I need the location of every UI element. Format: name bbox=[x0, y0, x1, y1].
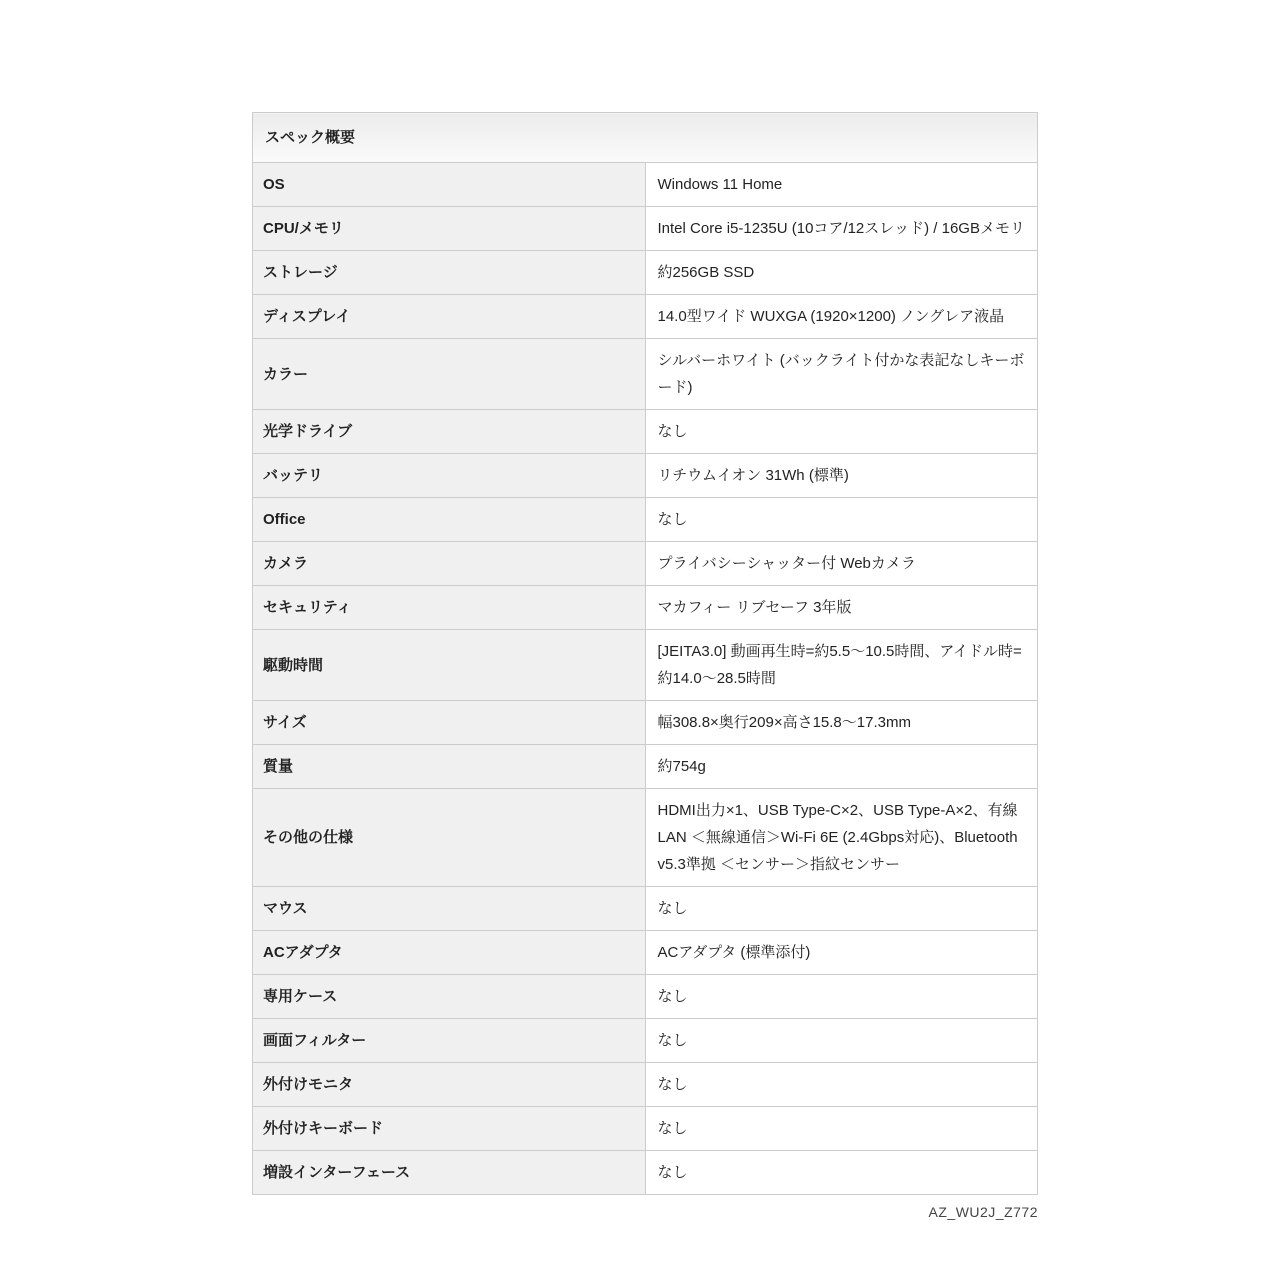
page: スペック概要 OS Windows 11 Home CPU/メモリ Intel … bbox=[0, 0, 1280, 1280]
spec-row: 専用ケース なし bbox=[253, 975, 1038, 1019]
spec-value: なし bbox=[645, 1063, 1038, 1107]
spec-label: 外付けキーボード bbox=[253, 1107, 646, 1151]
spec-row: バッテリ リチウムイオン 31Wh (標準) bbox=[253, 454, 1038, 498]
spec-value: ACアダプタ (標準添付) bbox=[645, 931, 1038, 975]
spec-value: なし bbox=[645, 410, 1038, 454]
spec-row: セキュリティ マカフィー リブセーフ 3年版 bbox=[253, 586, 1038, 630]
spec-value: なし bbox=[645, 975, 1038, 1019]
spec-label: バッテリ bbox=[253, 454, 646, 498]
spec-table: スペック概要 OS Windows 11 Home CPU/メモリ Intel … bbox=[252, 112, 1038, 1195]
spec-label: その他の仕様 bbox=[253, 789, 646, 887]
spec-value: シルバーホワイト (バックライト付かな表記なしキーボード) bbox=[645, 339, 1038, 410]
spec-label: カラー bbox=[253, 339, 646, 410]
spec-row: ACアダプタ ACアダプタ (標準添付) bbox=[253, 931, 1038, 975]
model-code: AZ_WU2J_Z772 bbox=[252, 1204, 1038, 1220]
spec-label: ディスプレイ bbox=[253, 295, 646, 339]
table-caption: スペック概要 bbox=[253, 113, 1038, 163]
spec-row: Office なし bbox=[253, 498, 1038, 542]
spec-label: ストレージ bbox=[253, 251, 646, 295]
spec-label: OS bbox=[253, 163, 646, 207]
spec-row: 駆動時間 [JEITA3.0] 動画再生時=約5.5～10.5時間、アイドル時=… bbox=[253, 630, 1038, 701]
spec-label: 駆動時間 bbox=[253, 630, 646, 701]
spec-label: Office bbox=[253, 498, 646, 542]
spec-value: なし bbox=[645, 498, 1038, 542]
spec-label: CPU/メモリ bbox=[253, 207, 646, 251]
spec-value: マカフィー リブセーフ 3年版 bbox=[645, 586, 1038, 630]
spec-table-container: スペック概要 OS Windows 11 Home CPU/メモリ Intel … bbox=[252, 112, 1038, 1220]
spec-label: カメラ bbox=[253, 542, 646, 586]
spec-value: 約256GB SSD bbox=[645, 251, 1038, 295]
spec-row: 光学ドライブ なし bbox=[253, 410, 1038, 454]
spec-row: カラー シルバーホワイト (バックライト付かな表記なしキーボード) bbox=[253, 339, 1038, 410]
spec-label: セキュリティ bbox=[253, 586, 646, 630]
spec-row: 質量 約754g bbox=[253, 745, 1038, 789]
spec-label: 専用ケース bbox=[253, 975, 646, 1019]
spec-label: 増設インターフェース bbox=[253, 1151, 646, 1195]
spec-label: ACアダプタ bbox=[253, 931, 646, 975]
spec-row: サイズ 幅308.8×奥行209×高さ15.8～17.3mm bbox=[253, 701, 1038, 745]
spec-label: 光学ドライブ bbox=[253, 410, 646, 454]
spec-value: Windows 11 Home bbox=[645, 163, 1038, 207]
spec-row: カメラ プライバシーシャッター付 Webカメラ bbox=[253, 542, 1038, 586]
spec-row: マウス なし bbox=[253, 887, 1038, 931]
spec-row: CPU/メモリ Intel Core i5-1235U (10コア/12スレッド… bbox=[253, 207, 1038, 251]
spec-label: 画面フィルター bbox=[253, 1019, 646, 1063]
spec-row: 増設インターフェース なし bbox=[253, 1151, 1038, 1195]
spec-value: リチウムイオン 31Wh (標準) bbox=[645, 454, 1038, 498]
spec-value: 約754g bbox=[645, 745, 1038, 789]
spec-label: 質量 bbox=[253, 745, 646, 789]
spec-row: OS Windows 11 Home bbox=[253, 163, 1038, 207]
spec-value: なし bbox=[645, 887, 1038, 931]
spec-value: なし bbox=[645, 1151, 1038, 1195]
spec-row: その他の仕様 HDMI出力×1、USB Type-C×2、USB Type-A×… bbox=[253, 789, 1038, 887]
spec-value: プライバシーシャッター付 Webカメラ bbox=[645, 542, 1038, 586]
spec-row: 画面フィルター なし bbox=[253, 1019, 1038, 1063]
spec-row: ストレージ 約256GB SSD bbox=[253, 251, 1038, 295]
spec-label: サイズ bbox=[253, 701, 646, 745]
spec-label: マウス bbox=[253, 887, 646, 931]
spec-value: Intel Core i5-1235U (10コア/12スレッド) / 16GB… bbox=[645, 207, 1038, 251]
spec-value: 14.0型ワイド WUXGA (1920×1200) ノングレア液晶 bbox=[645, 295, 1038, 339]
spec-value: なし bbox=[645, 1019, 1038, 1063]
spec-value: [JEITA3.0] 動画再生時=約5.5～10.5時間、アイドル時=約14.0… bbox=[645, 630, 1038, 701]
spec-value: HDMI出力×1、USB Type-C×2、USB Type-A×2、有線LAN… bbox=[645, 789, 1038, 887]
spec-row: ディスプレイ 14.0型ワイド WUXGA (1920×1200) ノングレア液… bbox=[253, 295, 1038, 339]
table-caption-row: スペック概要 bbox=[253, 113, 1038, 163]
spec-value: なし bbox=[645, 1107, 1038, 1151]
spec-row: 外付けキーボード なし bbox=[253, 1107, 1038, 1151]
spec-value: 幅308.8×奥行209×高さ15.8～17.3mm bbox=[645, 701, 1038, 745]
spec-label: 外付けモニタ bbox=[253, 1063, 646, 1107]
spec-row: 外付けモニタ なし bbox=[253, 1063, 1038, 1107]
